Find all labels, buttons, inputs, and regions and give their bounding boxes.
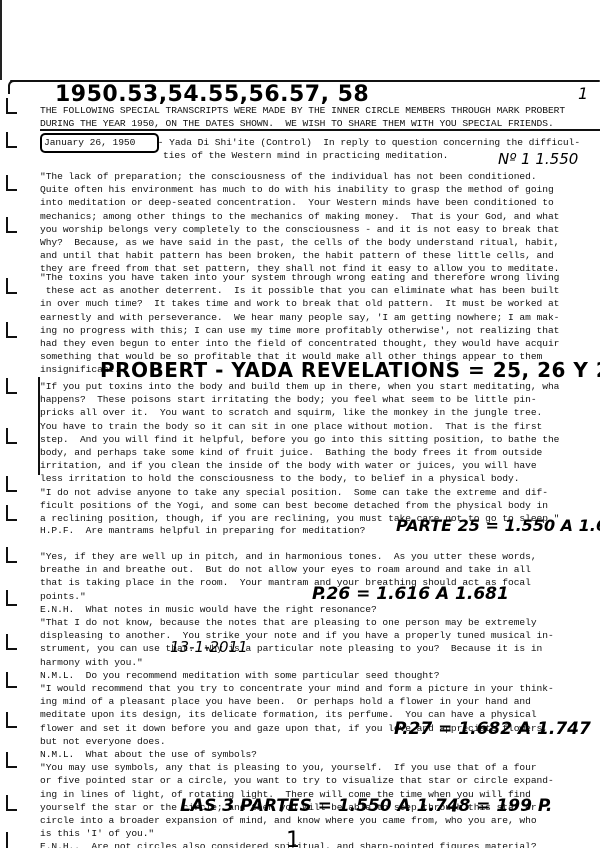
margin-mark — [6, 752, 17, 768]
annotation-p26: P.26 = 1.616 A 1.681 — [312, 584, 509, 604]
transcript-line: step. And you will find it helpful, befo… — [40, 433, 559, 446]
margin-mark — [6, 832, 8, 848]
margin-mark — [6, 132, 17, 148]
margin-mark — [6, 476, 17, 492]
transcript-line: "I do not advise anyone to take any spec… — [40, 486, 548, 499]
transcript-line: ing mind of a pleasant place you have be… — [40, 695, 531, 708]
intro-line-1: THE FOLLOWING SPECIAL TRANSCRIPTS WERE M… — [40, 104, 565, 117]
footer-handwritten-number: 1 — [286, 828, 300, 848]
transcript-line: strument, you can use that. Why is a par… — [40, 642, 542, 655]
transcript-line: "The lack of preparation; the consciousn… — [40, 170, 537, 183]
transcript-line: displeasing to another. You strike your … — [40, 629, 554, 642]
entry-heading-2: ties of the Western mind in practicing m… — [163, 149, 448, 162]
margin-mark — [6, 175, 17, 191]
margin-mark — [6, 634, 17, 650]
scan-edge — [0, 0, 2, 80]
margin-mark — [6, 547, 17, 563]
annotation-p27: P.27 = 1.682 A 1.747 — [394, 719, 591, 739]
transcript-line: and until that habit pattern has been br… — [40, 249, 554, 262]
handwritten-page-corner: 1 — [578, 84, 588, 103]
transcript-line: into meditation or deep-seated concentra… — [40, 196, 554, 209]
transcript-line: N.M.L. Do you recommend meditation with … — [40, 669, 440, 682]
transcript-line: "The toxins you have taken into your sys… — [40, 271, 559, 284]
transcript-line: irritation, and if you clean the inside … — [40, 459, 537, 472]
margin-bar — [38, 377, 40, 475]
annotation-date: 13-1-2011 — [170, 638, 248, 656]
transcript-line: earnestly and with perseverance. We hear… — [40, 311, 559, 324]
margin-mark — [6, 505, 17, 521]
margin-mark — [6, 795, 17, 811]
margin-mark — [6, 217, 17, 233]
margin-mark — [6, 672, 17, 688]
margin-mark — [6, 428, 17, 444]
entry-heading-1: - Yada Di Shi'ite (Control) In reply to … — [152, 136, 580, 149]
margin-mark — [6, 322, 17, 338]
transcript-line: less irritation to hold the consciousnes… — [40, 472, 519, 485]
annotation-revelations: PROBERT - YADA REVELATIONS = 25, 26 Y 27 — [100, 358, 600, 382]
handwritten-number: Nº 1 1.550 — [498, 150, 578, 168]
transcript-line: pricks all over it. You want to scratch … — [40, 406, 542, 419]
transcript-line: ing no progress with this; I can use my … — [40, 324, 559, 337]
transcript-line: body, and perhaps take some kind of frui… — [40, 446, 542, 459]
transcript-line: Quite often his environment has much to … — [40, 183, 554, 196]
transcript-line: You have to train the body so it can sit… — [40, 420, 542, 433]
transcript-line: mechanics; among other things to the mec… — [40, 210, 559, 223]
transcript-line: but not everyone does. — [40, 735, 166, 748]
transcript-line: "That I do not know, because the notes t… — [40, 616, 537, 629]
transcript-line: points." — [40, 590, 86, 603]
entry-date: January 26, 1950 — [44, 136, 135, 149]
transcript-line: you worship belongs very completely to t… — [40, 223, 559, 236]
transcript-line: E.N.H. What notes in music would have th… — [40, 603, 377, 616]
transcript-line: N.M.L. What about the use of symbols? — [40, 748, 257, 761]
transcript-line: these act as another deterrent. Is it po… — [40, 284, 559, 297]
bracket-mark — [8, 80, 15, 94]
transcript-line: ficult positions of the Yogi, and some c… — [40, 499, 548, 512]
transcript-line: is this 'I' of you." — [40, 827, 154, 840]
transcript-line: in over much time? It takes time and wor… — [40, 297, 559, 310]
margin-mark — [6, 98, 17, 114]
transcript-line: Why? Because, as we have said in the pas… — [40, 236, 559, 249]
transcript-line: "I would recommend that you try to conce… — [40, 682, 554, 695]
transcript-line: "You may use symbols, any that is pleasi… — [40, 761, 537, 774]
transcript-line: H.P.F. Are mantrams helpful in preparing… — [40, 524, 365, 537]
transcript-line: breathe in and breathe out. But do not a… — [40, 563, 531, 576]
intro-underline — [40, 129, 600, 131]
scanned-document-page: 1950.53,54.55,56.57, 58 1 THE FOLLOWING … — [0, 0, 600, 848]
transcript-line: "Yes, if they are well up in pitch, and … — [40, 550, 537, 563]
transcript-line: happens? These poisons start irritating … — [40, 393, 537, 406]
margin-mark — [6, 590, 17, 606]
margin-mark — [6, 278, 17, 294]
transcript-line: or five pointed star or a circle, you wa… — [40, 774, 554, 787]
transcript-line: had they even begun to enter into the fi… — [40, 337, 559, 350]
margin-mark — [6, 712, 17, 728]
annotation-las3: LAS 3 PARTES = 1.550 A 1.748 = 199 P. — [180, 796, 552, 816]
annotation-parte25: PARTE 25 = 1.550 A 1.615 — [396, 516, 600, 535]
transcript-line: harmony with you." — [40, 656, 143, 669]
margin-mark — [6, 378, 17, 394]
